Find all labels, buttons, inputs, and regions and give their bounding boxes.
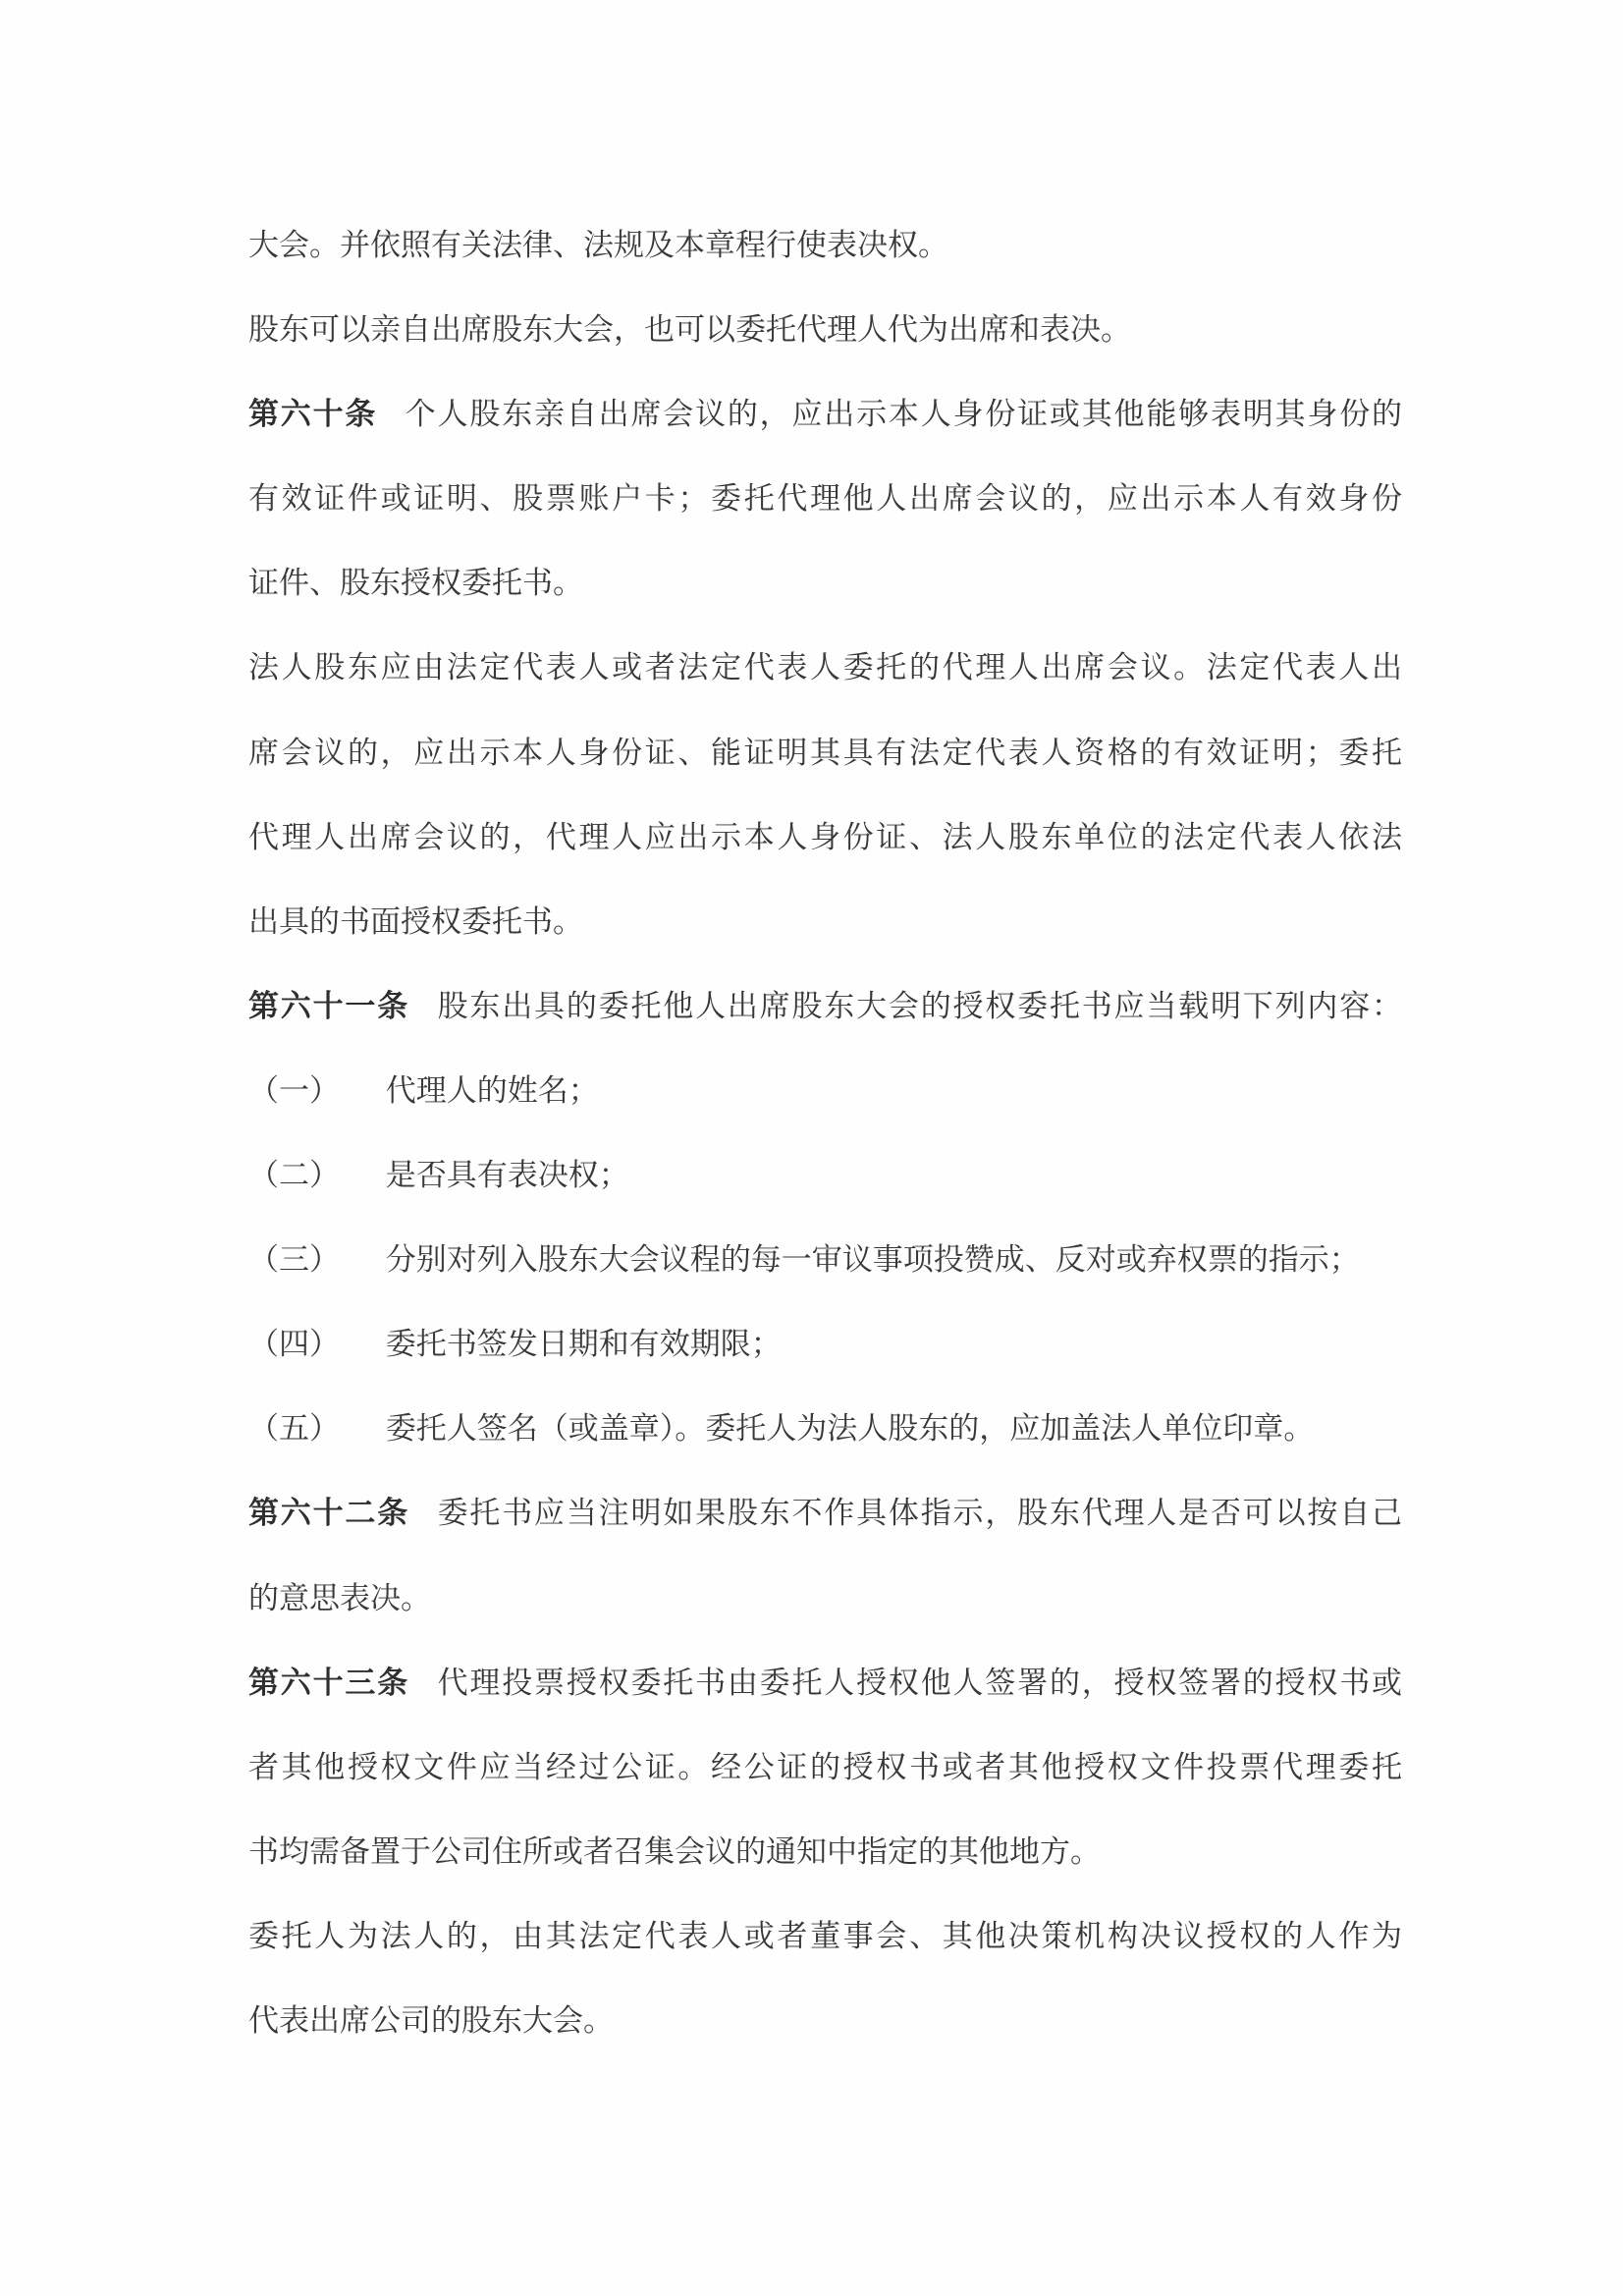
- line-text: 代理人的姓名；: [386, 1073, 599, 1108]
- line-text: 者其他授权文件应当经过公证。经公证的授权书或者其他授权文件投票代理委托: [248, 1750, 1402, 1784]
- line-text: 委托书签发日期和有效期限；: [386, 1327, 782, 1361]
- document-line: 代理人出席会议的，代理人应出示本人身份证、法人股东单位的法定代表人依法: [248, 795, 1402, 880]
- line-text: 是否具有表决权；: [386, 1158, 629, 1192]
- document-line: （三） 分别对列入股东大会议程的每一审议事项投赞成、反对或弃权票的指示；: [248, 1218, 1402, 1302]
- line-text: 个人股东亲自出席会议的，应出示本人身份证或其他能够表明其身份的: [406, 397, 1402, 431]
- list-item-marker: （四）: [248, 1302, 378, 1387]
- document-line: 席会议的，应出示本人身份证、能证明其具有法定代表人资格的有效证明；委托: [248, 711, 1402, 795]
- document-line: 书均需备置于公司住所或者召集会议的通知中指定的其他地方。: [248, 1810, 1402, 1894]
- document-line: 法人股东应由法定代表人或者法定代表人委托的代理人出席会议。法定代表人出: [248, 626, 1402, 710]
- document-page: 大会。并依照有关法律、法规及本章程行使表决权。 股东可以亲自出席股东大会，也可以…: [0, 0, 1623, 2296]
- line-text: 代理投票授权委托书由委托人授权他人签署的，授权签署的授权书或: [438, 1666, 1402, 1700]
- list-item-marker: （五）: [248, 1387, 378, 1471]
- document-line: （一） 代理人的姓名；: [248, 1049, 1402, 1133]
- document-line: 第六十三条 代理投票授权委托书由委托人授权他人签署的，授权签署的授权书或: [248, 1641, 1402, 1725]
- line-text: 证件、股东授权委托书。: [248, 566, 583, 600]
- document-line: 证件、股东授权委托书。: [248, 541, 1402, 626]
- line-text: 委托人签名（或盖章）。委托人为法人股东的，应加盖法人单位印章。: [386, 1411, 1315, 1446]
- document-line: （五） 委托人签名（或盖章）。委托人为法人股东的，应加盖法人单位印章。: [248, 1387, 1402, 1471]
- line-text: 代理人出席会议的，代理人应出示本人身份证、法人股东单位的法定代表人依法: [248, 820, 1402, 854]
- article-number: 第六十三条: [248, 1666, 409, 1700]
- document-line: 大会。并依照有关法律、法规及本章程行使表决权。: [248, 203, 1402, 288]
- document-line: 委托人为法人的，由其法定代表人或者董事会、其他决策机构决议授权的人作为: [248, 1894, 1402, 1979]
- article-number: 第六十条: [248, 397, 377, 431]
- document-line: （二） 是否具有表决权；: [248, 1133, 1402, 1218]
- line-text: 书均需备置于公司住所或者召集会议的通知中指定的其他地方。: [248, 1834, 1101, 1869]
- document-line: 有效证件或证明、股票账户卡；委托代理他人出席会议的，应出示本人有效身份: [248, 457, 1402, 541]
- document-line: 第六十一条 股东出具的委托他人出席股东大会的授权委托书应当载明下列内容：: [248, 964, 1402, 1049]
- line-text: 出具的书面授权委托书。: [248, 904, 583, 939]
- line-text: 有效证件或证明、股票账户卡；委托代理他人出席会议的，应出示本人有效身份: [248, 481, 1402, 516]
- article-number: 第六十二条: [248, 1496, 409, 1530]
- article-number: 第六十一条: [248, 989, 409, 1023]
- line-text: 委托书应当注明如果股东不作具体指示，股东代理人是否可以按自己: [438, 1496, 1402, 1530]
- document-line: 第六十二条 委托书应当注明如果股东不作具体指示，股东代理人是否可以按自己: [248, 1471, 1402, 1556]
- document-line: 者其他授权文件应当经过公证。经公证的授权书或者其他授权文件投票代理委托: [248, 1725, 1402, 1810]
- line-text: 法人股东应由法定代表人或者法定代表人委托的代理人出席会议。法定代表人出: [248, 650, 1402, 684]
- document-line: （四） 委托书签发日期和有效期限；: [248, 1302, 1402, 1387]
- document-line: 的意思表决。: [248, 1557, 1402, 1641]
- text-block: 大会。并依照有关法律、法规及本章程行使表决权。 股东可以亲自出席股东大会，也可以…: [248, 203, 1402, 2063]
- list-item-marker: （一）: [248, 1049, 378, 1133]
- line-text: 股东出具的委托他人出席股东大会的授权委托书应当载明下列内容：: [438, 989, 1402, 1023]
- line-text: 的意思表决。: [248, 1581, 431, 1615]
- document-line: 代表出席公司的股东大会。: [248, 1979, 1402, 2063]
- document-line: 第六十条 个人股东亲自出席会议的，应出示本人身份证或其他能够表明其身份的: [248, 372, 1402, 457]
- line-text: 席会议的，应出示本人身份证、能证明其具有法定代表人资格的有效证明；委托: [248, 736, 1402, 770]
- list-item-marker: （二）: [248, 1133, 378, 1218]
- line-text: 委托人为法人的，由其法定代表人或者董事会、其他决策机构决议授权的人作为: [248, 1919, 1402, 1953]
- line-text: 股东可以亲自出席股东大会，也可以委托代理人代为出席和表决。: [248, 312, 1131, 347]
- document-line: 股东可以亲自出席股东大会，也可以委托代理人代为出席和表决。: [248, 288, 1402, 372]
- line-text: 代表出席公司的股东大会。: [248, 2003, 614, 2038]
- line-text: 分别对列入股东大会议程的每一审议事项投赞成、反对或弃权票的指示；: [386, 1242, 1360, 1277]
- document-line: 出具的书面授权委托书。: [248, 880, 1402, 964]
- list-item-marker: （三）: [248, 1218, 378, 1302]
- line-text: 大会。并依照有关法律、法规及本章程行使表决权。: [248, 228, 948, 262]
